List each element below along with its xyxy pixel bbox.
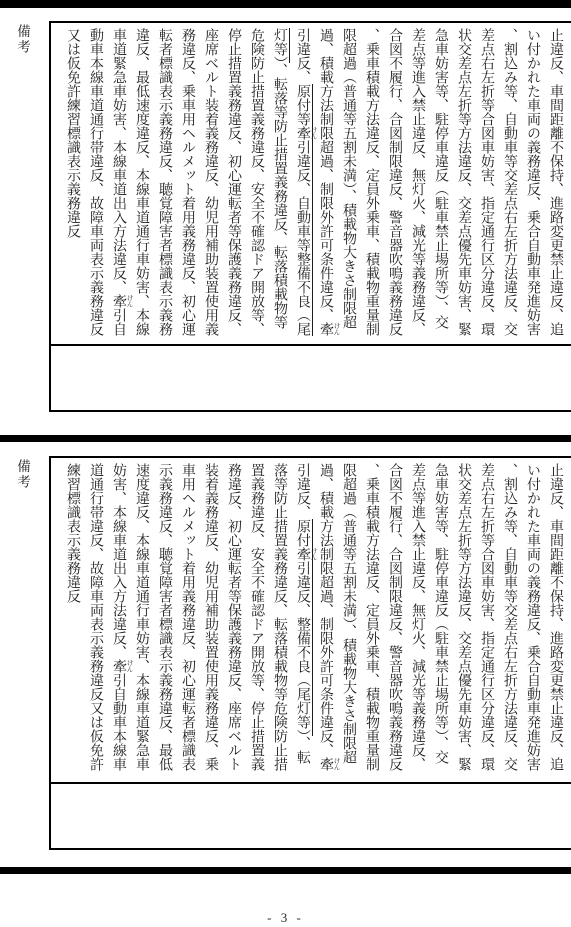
body-text: 、転落等防止措置義務違反、転落積載物等危険防止措置義務違反、安全不確認ドア開放等… xyxy=(111,28,287,336)
violation-list-text: 止違反、車間距離不保持、進路変更禁止違反、追い付かれた車両の義務違反、乗合自動車… xyxy=(59,463,567,771)
body-text: 牽けん xyxy=(318,322,333,336)
body-text: 引違反、 xyxy=(295,463,310,519)
page-number: - 3 - xyxy=(0,910,571,926)
revised-text: 引違反、整備不良（尾灯等） xyxy=(295,561,313,736)
revised-text: 牽けん xyxy=(295,547,313,561)
body-text: 牽けん xyxy=(111,294,126,308)
body-text: 、転落等防止措置義務違反、転落積載物等危険防止措置義務違反、安全不確認ドア開放等… xyxy=(111,463,310,771)
remarks-label: 備考 xyxy=(14,459,30,490)
remarks-label: 備考 xyxy=(14,24,30,55)
body-text: 止違反、車間距離不保持、進路変更禁止違反、追い付かれた車両の義務違反、乗合自動車… xyxy=(318,28,563,336)
violation-list-cell: 止違反、車間距離不保持、進路変更禁止違反、追い付かれた車両の義務違反、乗合自動車… xyxy=(51,23,571,346)
violation-list-cell: 止違反、車間距離不保持、進路変更禁止違反、追い付かれた車両の義務違反、乗合自動車… xyxy=(51,458,571,784)
body-text: 牽けん xyxy=(318,757,333,771)
bottom-rule xyxy=(0,867,571,874)
table-cell-lower: 止違反、車間距離不保持、進路変更禁止違反、追い付かれた車両の義務違反、乗合自動車… xyxy=(49,456,571,850)
top-rule xyxy=(0,0,571,8)
revised-text: 原付等 xyxy=(295,84,313,126)
body-text: 止違反、車間距離不保持、進路変更禁止違反、追い付かれた車両の義務違反、乗合自動車… xyxy=(318,463,563,771)
middle-rule xyxy=(0,435,571,442)
body-text: 牽けん xyxy=(111,659,126,673)
revised-text: 原付 xyxy=(295,519,313,547)
table-cell-upper: 止違反、車間距離不保持、進路変更禁止違反、追い付かれた車両の義務違反、乗合自動車… xyxy=(49,21,571,412)
violation-list-text: 止違反、車間距離不保持、進路変更禁止違反、追い付かれた車両の義務違反、乗合自動車… xyxy=(59,28,567,336)
body-text: 引違反、 xyxy=(295,28,310,84)
revised-text: 牽けん xyxy=(295,126,313,140)
scanned-document-page: 二・三 （略） 備考 止違反、車間距離不保持、進路変更禁止違反、追い付かれた車両… xyxy=(0,0,571,927)
